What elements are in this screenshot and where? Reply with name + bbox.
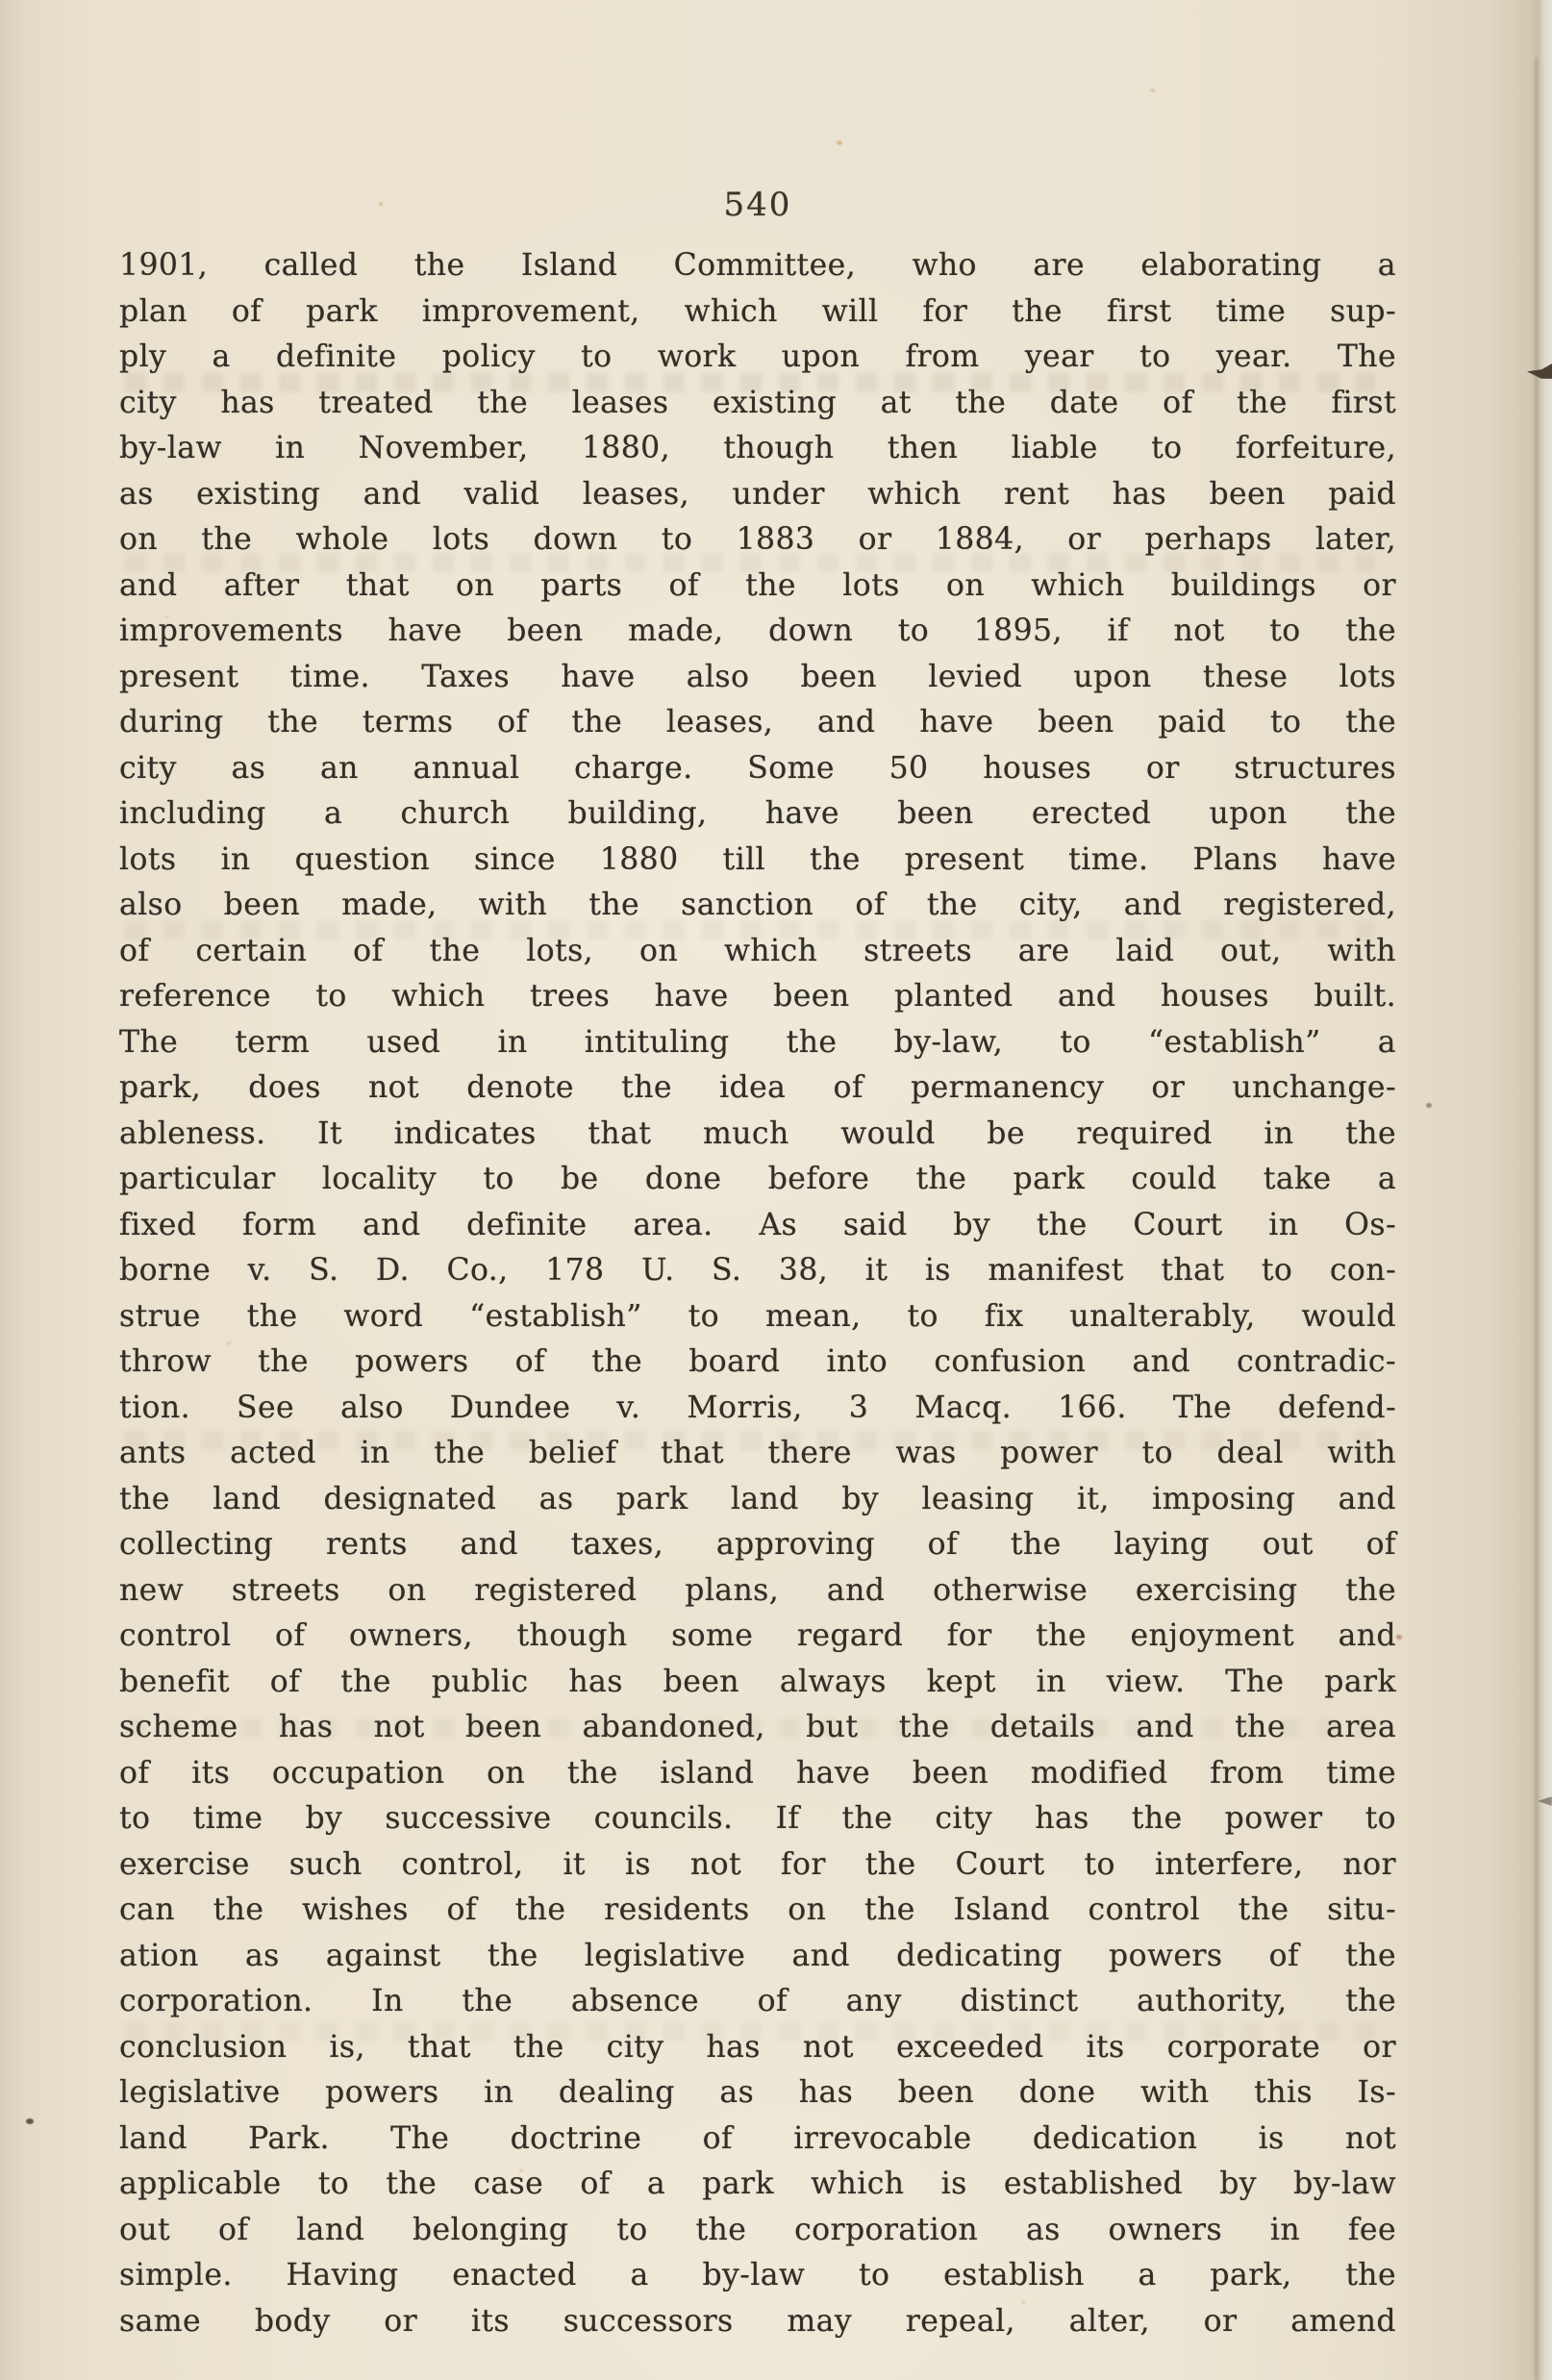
text-line: scheme has not been abandoned, but the d… — [119, 1705, 1396, 1751]
text-line: reference to which trees have been plant… — [119, 974, 1396, 1020]
text-line: control of owners, though some regard fo… — [119, 1614, 1396, 1660]
foxing-speck — [165, 615, 169, 618]
page-number: 540 — [119, 186, 1396, 224]
text-line: The term used in intituling the by-law, … — [119, 1020, 1396, 1066]
text-line: borne v. S. D. Co., 178 U. S. 38, it is … — [119, 1248, 1396, 1294]
foxing-speck — [837, 140, 842, 145]
text-line: by-law in November, 1880, though then li… — [119, 426, 1396, 472]
text-line: city has treated the leases existing at … — [119, 381, 1396, 427]
text-line: strue the word “establish” to mean, to f… — [119, 1294, 1396, 1340]
text-line: same body or its successors may repeal, … — [119, 2299, 1396, 2345]
text-line: including a church building, have been e… — [119, 791, 1396, 838]
scan-artifact-chevron — [1527, 363, 1552, 379]
text-line: applicable to the case of a park which i… — [119, 2162, 1396, 2208]
text-line: conclusion is, that the city has not exc… — [119, 2025, 1396, 2071]
foxing-speck — [1150, 88, 1155, 92]
foxing-speck — [519, 2168, 523, 2172]
text-line: also been made, with the sanction of the… — [119, 883, 1396, 929]
text-line: simple. Having enacted a by-law to estab… — [119, 2253, 1396, 2299]
book-page-scan: 540 1901, called the Island Committee, w… — [0, 0, 1552, 2380]
text-line: out of land belonging to the corporation… — [119, 2208, 1396, 2254]
text-line: city as an annual charge. Some 50 houses… — [119, 746, 1396, 792]
text-line: ableness. It indicates that much would b… — [119, 1112, 1396, 1158]
text-line: during the terms of the leases, and have… — [119, 700, 1396, 746]
text-line: the land designated as park land by leas… — [119, 1477, 1396, 1523]
text-line: new streets on registered plans, and oth… — [119, 1568, 1396, 1615]
text-line: lots in question since 1880 till the pre… — [119, 838, 1396, 884]
text-line: legislative powers in dealing as has bee… — [119, 2070, 1396, 2117]
text-line: 1901, called the Island Committee, who a… — [119, 243, 1396, 289]
foxing-speck — [227, 1341, 231, 1345]
text-line: ation as against the legislative and ded… — [119, 1934, 1396, 1980]
text-line: benefit of the public has been always ke… — [119, 1660, 1396, 1706]
text-line: plan of park improvement, which will for… — [119, 289, 1396, 336]
text-line: can the wishes of the residents on the I… — [119, 1888, 1396, 1934]
page-edge-crease — [1535, 58, 1538, 2380]
text-line: ants acted in the belief that there was … — [119, 1431, 1396, 1477]
text-line: fixed form and definite area. As said by… — [119, 1203, 1396, 1249]
text-block: 1901, called the Island Committee, who a… — [119, 243, 1396, 2344]
text-line: improvements have been made, down to 189… — [119, 609, 1396, 655]
text-line: as existing and valid leases, under whic… — [119, 472, 1396, 518]
scan-artifact-dot — [1426, 1103, 1432, 1108]
text-line: corporation. In the absence of any disti… — [119, 1979, 1396, 2025]
text-line: particular locality to be done before th… — [119, 1157, 1396, 1203]
foxing-speck — [1396, 1635, 1402, 1640]
text-line: to time by successive councils. If the c… — [119, 1796, 1396, 1842]
scan-artifact-dot — [26, 2118, 34, 2124]
foxing-speck — [1021, 2300, 1026, 2304]
text-line: throw the powers of the board into confu… — [119, 1340, 1396, 1386]
text-line: of certain of the lots, on which streets… — [119, 929, 1396, 975]
text-line: park, does not denote the idea of perman… — [119, 1065, 1396, 1112]
text-line: and after that on parts of the lots on w… — [119, 564, 1396, 610]
text-line: of its occupation on the island have bee… — [119, 1751, 1396, 1797]
text-line: tion. See also Dundee v. Morris, 3 Macq.… — [119, 1386, 1396, 1432]
text-line: present time. Taxes have also been levie… — [119, 655, 1396, 701]
text-line: ply a definite policy to work upon from … — [119, 335, 1396, 381]
text-line: collecting rents and taxes, approving of… — [119, 1522, 1396, 1568]
scan-artifact-edge-mark — [1538, 1796, 1552, 1806]
text-line: land Park. The doctrine of irrevocable d… — [119, 2117, 1396, 2163]
text-line: on the whole lots down to 1883 or 1884, … — [119, 517, 1396, 564]
foxing-speck — [379, 202, 383, 206]
text-line: exercise such control, it is not for the… — [119, 1842, 1396, 1889]
